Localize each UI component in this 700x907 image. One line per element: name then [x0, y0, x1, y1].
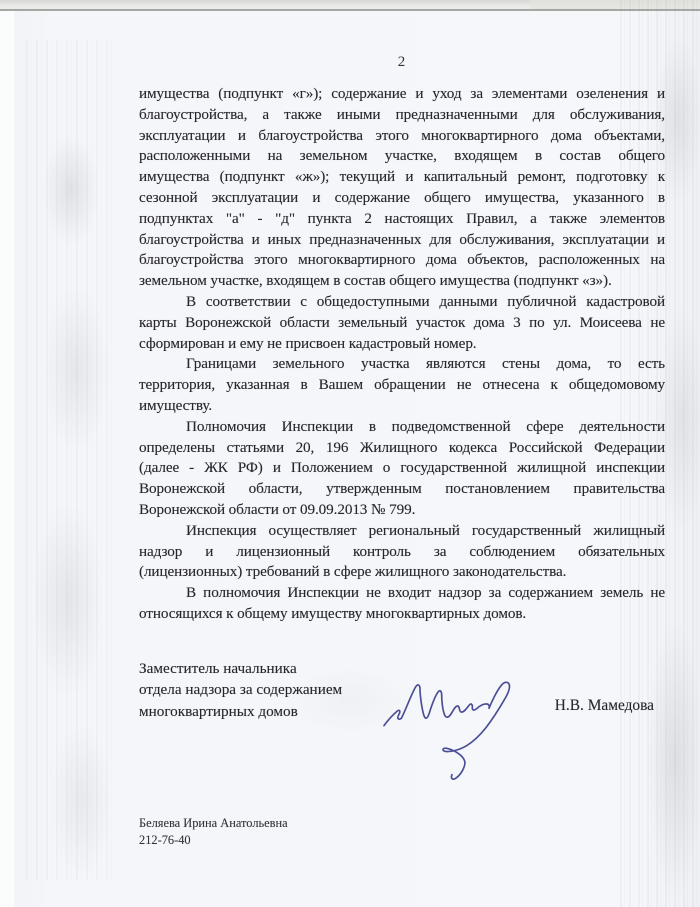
- text-line: территория, указанная в Вашем обращении …: [139, 375, 665, 396]
- paragraph: Инспекция осуществляет региональный госу…: [139, 521, 665, 583]
- text-line: земельном участке, входящем в состав общ…: [139, 271, 665, 292]
- executor-info: Беляева Ирина Анатольевна 212-76-40: [139, 815, 288, 848]
- text-line: определены статьями 20, 196 Жилищного ко…: [139, 438, 665, 459]
- text-line: В соответствии с общедоступными данными …: [139, 292, 665, 313]
- scan-edge-top-right: [530, 0, 700, 9]
- text-line: эксплуатации и благоустройства этого мно…: [139, 126, 665, 147]
- text-line: Границами земельного участка являются ст…: [139, 354, 665, 375]
- page-number: 2: [139, 54, 665, 71]
- signer-name: Н.В. Мамедова: [555, 697, 654, 715]
- scan-noise-left: [26, 40, 116, 880]
- text-line: имущества (подпункт «г»); содержание и у…: [139, 84, 665, 105]
- text-line: сформирован и ему не присвоен кадастровы…: [139, 334, 665, 355]
- document-body: имущества (подпункт «г»); содержание и у…: [139, 84, 665, 625]
- paragraph: имущества (подпункт «г»); содержание и у…: [139, 84, 665, 292]
- text-line: имущества (подпункт «ж»); текущий и капи…: [139, 167, 665, 188]
- text-line: благоустройства этого многоквартирного д…: [139, 250, 665, 271]
- text-line: надзор и лицензионный контроль за соблюд…: [139, 542, 665, 563]
- paragraph: Границами земельного участка являются ст…: [139, 354, 665, 416]
- text-line: (далее - ЖК РФ) и Положением о государст…: [139, 458, 665, 479]
- text-line: Воронежской области, утвержденным постан…: [139, 479, 665, 500]
- text-line: Воронежской области от 09.09.2013 № 799.: [139, 500, 665, 521]
- text-line: расположенными на земельном участке, вхо…: [139, 146, 665, 167]
- text-line: Полномочия Инспекции в подведомственной …: [139, 417, 665, 438]
- text-line: благоустройства, а также иными предназна…: [139, 105, 665, 126]
- executor-name: Беляева Ирина Анатольевна: [139, 815, 288, 832]
- text-line: подпунктах "а" - "д" пункта 2 настоящих …: [139, 209, 665, 230]
- paragraph: В полномочия Инспекции не входит надзор …: [139, 583, 665, 625]
- paragraph: Полномочия Инспекции в подведомственной …: [139, 417, 665, 521]
- text-line: благоустройства и иных предназначенных д…: [139, 230, 665, 251]
- handwritten-signature-icon: [370, 655, 530, 815]
- signature-stroke: [384, 682, 510, 779]
- paragraph: В соответствии с общедоступными данными …: [139, 292, 665, 354]
- text-line: (лицензионных) требований в сфере жилищн…: [139, 562, 665, 583]
- text-line: Инспекция осуществляет региональный госу…: [139, 521, 665, 542]
- text-line: имуществу.: [139, 396, 665, 417]
- text-line: карты Воронежской области земельный учас…: [139, 313, 665, 334]
- text-line: относящихся к общему имуществу многоквар…: [139, 604, 665, 625]
- text-line: сезонной эксплуатации и содержание общег…: [139, 188, 665, 209]
- text-line: В полномочия Инспекции не входит надзор …: [139, 583, 665, 604]
- executor-phone: 212-76-40: [139, 832, 288, 849]
- page-left-margin-edge: [0, 11, 14, 907]
